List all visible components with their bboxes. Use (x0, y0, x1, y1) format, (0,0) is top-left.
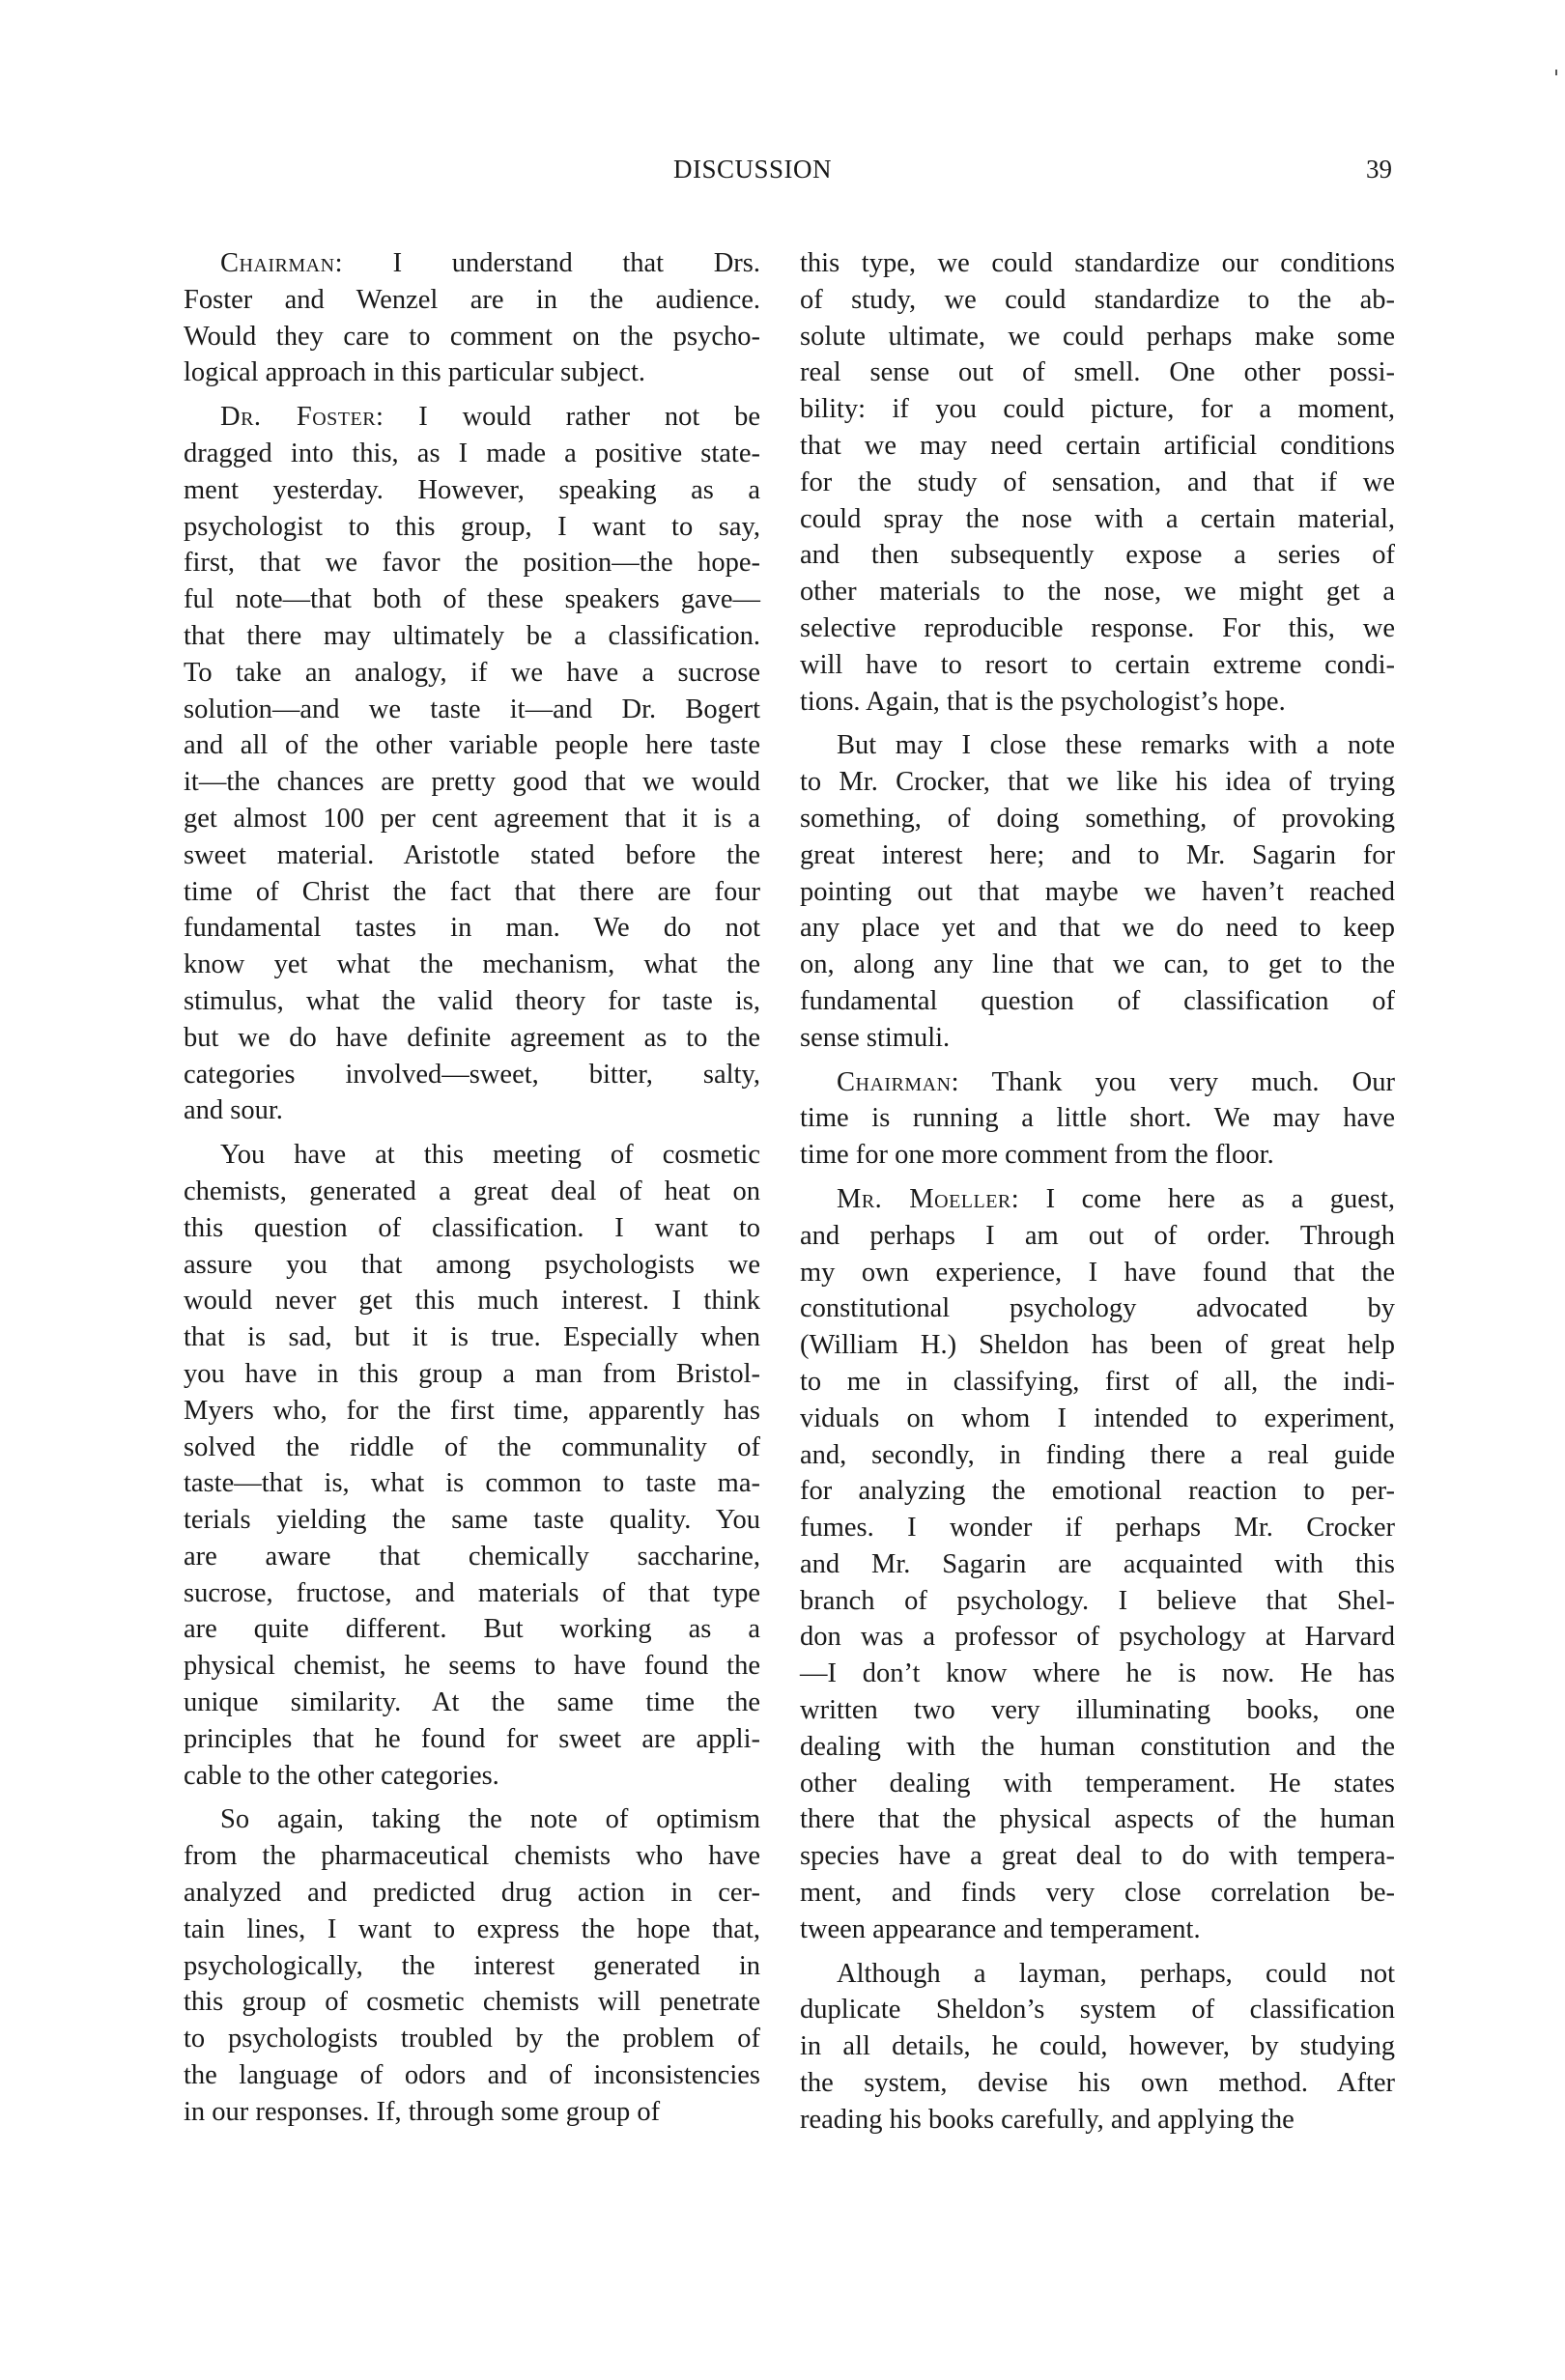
text-line: get almost 100 per cent agreement that i… (184, 801, 760, 837)
line-text: and then subsequently expose a series of (800, 540, 1395, 570)
text-line: physical chemist, he seems to have found… (184, 1648, 760, 1685)
paragraph: Although a layman, perhaps, could notdup… (800, 1956, 1395, 2139)
line-text: Although a layman, perhaps, could not (837, 1959, 1395, 1989)
line-text: and Mr. Sagarin are acquainted with this (800, 1549, 1395, 1579)
line-text: selective reproducible response. For thi… (800, 613, 1395, 643)
text-line: Chairman: I understand that Drs. (184, 245, 760, 282)
text-line: Although a layman, perhaps, could not (800, 1956, 1395, 1993)
text-line: to me in classifying, first of all, the … (800, 1364, 1395, 1401)
text-line: pointing out that maybe we haven’t reach… (800, 874, 1395, 911)
text-line: constitutional psychology advocated by (800, 1290, 1395, 1327)
line-text: time is running a little short. We may h… (800, 1103, 1395, 1133)
text-line: know yet what the mechanism, what the (184, 947, 760, 983)
text-line: great interest here; and to Mr. Sagarin … (800, 837, 1395, 874)
line-text: unique similarity. At the same time the (184, 1687, 760, 1717)
line-text: in all details, he could, however, by st… (800, 2031, 1395, 2061)
line-text: You have at this meeting of cosmetic (220, 1140, 760, 1170)
text-line: something, of doing something, of provok… (800, 801, 1395, 837)
text-line: ment yesterday. However, speaking as a (184, 472, 760, 509)
text-line: sweet material. Aristotle stated before … (184, 837, 760, 874)
line-text: will have to resort to certain extreme c… (800, 650, 1395, 680)
line-text: this type, we could standardize our cond… (800, 248, 1395, 278)
paragraph: So again, taking the note of optimismfro… (184, 1801, 760, 2130)
text-line: solution—and we taste it—and Dr. Bogert (184, 692, 760, 728)
line-text: assure you that among psychologists we (184, 1250, 760, 1280)
text-line: categories involved—sweet, bitter, salty… (184, 1057, 760, 1093)
line-text: and all of the other variable people her… (184, 730, 760, 760)
text-line: Foster and Wenzel are in the audience. (184, 282, 760, 319)
paragraph: this type, we could standardize our cond… (800, 245, 1395, 720)
text-line: in all details, he could, however, by st… (800, 2028, 1395, 2065)
text-line: bility: if you could picture, for a mome… (800, 391, 1395, 428)
line-text: bility: if you could picture, for a mome… (800, 394, 1395, 424)
text-line: real sense out of smell. One other possi… (800, 354, 1395, 391)
line-text: written two very illuminating books, one (800, 1695, 1395, 1725)
text-line: from the pharmaceutical chemists who hav… (184, 1838, 760, 1875)
line-text: of study, we could standardize to the ab… (800, 285, 1395, 315)
text-line: this type, we could standardize our cond… (800, 245, 1395, 282)
line-text: don was a professor of psychology at Har… (800, 1622, 1395, 1652)
text-line: of study, we could standardize to the ab… (800, 282, 1395, 319)
text-line: duplicate Sheldon’s system of classifica… (800, 1992, 1395, 2028)
line-text: time for one more comment from the floor… (800, 1140, 1274, 1170)
text-line: other materials to the nose, we might ge… (800, 574, 1395, 610)
text-line: branch of psychology. I believe that She… (800, 1583, 1395, 1620)
speaker-label: Chairman: (220, 248, 343, 278)
line-text: stimulus, what the valid theory for tast… (184, 986, 760, 1016)
text-line: tain lines, I want to express the hope t… (184, 1912, 760, 1948)
line-text: ment yesterday. However, speaking as a (184, 475, 760, 505)
paragraph: Dr. Foster: I would rather not bedragged… (184, 399, 760, 1129)
speaker-label: Dr. Foster: (220, 402, 384, 432)
line-text: chemists, generated a great deal of heat… (184, 1176, 760, 1206)
line-text: To take an analogy, if we have a sucrose (184, 658, 760, 688)
text-line: ment, and finds very close correlation b… (800, 1875, 1395, 1912)
text-line: Chairman: Thank you very much. Our (800, 1064, 1395, 1101)
text-line: But may I close these remarks with a not… (800, 727, 1395, 764)
line-text: reading his books carefully, and applyin… (800, 2105, 1295, 2135)
line-text: I understand that Drs. (343, 248, 760, 278)
line-text: terials yielding the same taste quality.… (184, 1505, 760, 1535)
text-line: analyzed and predicted drug action in ce… (184, 1875, 760, 1912)
line-text: something, of doing something, of provok… (800, 804, 1395, 834)
line-text: but we do have definite agreement as to … (184, 1023, 760, 1053)
line-text: other dealing with temperament. He state… (800, 1769, 1395, 1799)
text-line: sense stimuli. (800, 1020, 1395, 1057)
text-line: it—the chances are pretty good that we w… (184, 764, 760, 801)
line-text: branch of psychology. I believe that She… (800, 1586, 1395, 1616)
text-line: and all of the other variable people her… (184, 727, 760, 764)
line-text: —I don’t know where he is now. He has (800, 1658, 1395, 1688)
paragraph: You have at this meeting of cosmeticchem… (184, 1137, 760, 1794)
text-line: —I don’t know where he is now. He has (800, 1656, 1395, 1692)
line-text: fumes. I wonder if perhaps Mr. Crocker (800, 1513, 1395, 1543)
line-text: Thank you very much. Our (959, 1067, 1395, 1097)
text-line: fundamental tastes in man. We do not (184, 910, 760, 947)
line-text: for analyzing the emotional reaction to … (800, 1476, 1395, 1506)
running-head: DISCUSSION 39 (0, 155, 1565, 185)
text-line: and Mr. Sagarin are acquainted with this (800, 1546, 1395, 1583)
text-line: assure you that among psychologists we (184, 1247, 760, 1284)
speaker-label: Mr. Moeller: (837, 1184, 1019, 1214)
text-line: time is running a little short. We may h… (800, 1100, 1395, 1137)
text-line: this question of classification. I want … (184, 1210, 760, 1247)
line-text: this question of classification. I want … (184, 1213, 760, 1243)
line-text: in our responses. If, through some group… (184, 2097, 660, 2127)
line-text: there that the physical aspects of the h… (800, 1804, 1395, 1834)
line-text: analyzed and predicted drug action in ce… (184, 1878, 760, 1908)
line-text: that we may need certain artificial cond… (800, 431, 1395, 461)
line-text: and sour. (184, 1095, 283, 1125)
line-text: solved the riddle of the communality of (184, 1432, 760, 1462)
text-line: written two very illuminating books, one (800, 1692, 1395, 1729)
line-text: sweet material. Aristotle stated before … (184, 840, 760, 870)
line-text: fundamental tastes in man. We do not (184, 913, 760, 943)
line-text: I come here as a guest, (1019, 1184, 1395, 1214)
paragraph: Mr. Moeller: I come here as a guest,and … (800, 1181, 1395, 1948)
text-line: Dr. Foster: I would rather not be (184, 399, 760, 436)
right-column: this type, we could standardize our cond… (800, 245, 1395, 2146)
text-line: Mr. Moeller: I come here as a guest, (800, 1181, 1395, 1218)
line-text: solute ultimate, we could perhaps make s… (800, 322, 1395, 352)
text-line: my own experience, I have found that the (800, 1255, 1395, 1291)
text-line: and sour. (184, 1092, 760, 1129)
line-text: you have in this group a man from Bristo… (184, 1359, 760, 1389)
text-line: time of Christ the fact that there are f… (184, 874, 760, 911)
line-text: But may I close these remarks with a not… (837, 730, 1395, 760)
line-text: viduals on whom I intended to experiment… (800, 1403, 1395, 1433)
line-text: constitutional psychology advocated by (800, 1293, 1395, 1323)
text-line: other dealing with temperament. He state… (800, 1766, 1395, 1802)
text-line: time for one more comment from the floor… (800, 1137, 1395, 1174)
line-text: could spray the nose with a certain mate… (800, 504, 1395, 534)
text-line: reading his books carefully, and applyin… (800, 2102, 1395, 2139)
left-column: Chairman: I understand that Drs.Foster a… (184, 245, 760, 2139)
line-text: pointing out that maybe we haven’t reach… (800, 877, 1395, 907)
line-text: categories involved—sweet, bitter, salty… (184, 1060, 760, 1090)
scan-edge-mark (1555, 70, 1557, 75)
text-line: solute ultimate, we could perhaps make s… (800, 319, 1395, 355)
line-text: Would they care to comment on the psycho… (184, 322, 760, 352)
text-line: first, that we favor the position—the ho… (184, 545, 760, 581)
text-line: there that the physical aspects of the h… (800, 1801, 1395, 1838)
line-text: Myers who, for the first time, apparentl… (184, 1396, 760, 1426)
line-text: physical chemist, he seems to have found… (184, 1651, 760, 1681)
line-text: and perhaps I am out of order. Through (800, 1221, 1395, 1251)
text-line: on, along any line that we can, to get t… (800, 947, 1395, 983)
text-line: selective reproducible response. For thi… (800, 610, 1395, 647)
line-text: and, secondly, in finding there a real g… (800, 1440, 1395, 1470)
line-text: get almost 100 per cent agreement that i… (184, 804, 760, 834)
text-line: tions. Again, that is the psychologist’s… (800, 684, 1395, 721)
line-text: to me in classifying, first of all, the … (800, 1367, 1395, 1397)
text-line: don was a professor of psychology at Har… (800, 1619, 1395, 1656)
line-text: are quite different. But working as a (184, 1614, 760, 1644)
line-text: are aware that chemically saccharine, (184, 1542, 760, 1572)
line-text: principles that he found for sweet are a… (184, 1724, 760, 1754)
line-text: from the pharmaceutical chemists who hav… (184, 1841, 760, 1871)
line-text: ment, and finds very close correlation b… (800, 1878, 1395, 1908)
text-line: would never get this much interest. I th… (184, 1283, 760, 1319)
text-line: sucrose, fructose, and materials of that… (184, 1575, 760, 1612)
line-text: duplicate Sheldon’s system of classifica… (800, 1995, 1395, 2025)
text-line: this group of cosmetic chemists will pen… (184, 1984, 760, 2021)
text-line: terials yielding the same taste quality.… (184, 1502, 760, 1539)
text-line: that there may ultimately be a classific… (184, 618, 760, 655)
line-text: dragged into this, as I made a positive … (184, 439, 760, 468)
line-text: So again, taking the note of optimism (220, 1804, 760, 1834)
text-line: unique similarity. At the same time the (184, 1685, 760, 1721)
paragraph: Chairman: Thank you very much. Ourtime i… (800, 1064, 1395, 1174)
text-line: any place yet and that we do need to kee… (800, 910, 1395, 947)
line-text: psychologist to this group, I want to sa… (184, 512, 760, 542)
line-text: to psychologists troubled by the problem… (184, 2024, 760, 2054)
text-line: to psychologists troubled by the problem… (184, 2021, 760, 2057)
text-line: for analyzing the emotional reaction to … (800, 1473, 1395, 1510)
text-line: cable to the other categories. (184, 1758, 760, 1795)
line-text: tions. Again, that is the psychologist’s… (800, 687, 1286, 717)
line-text: for the study of sensation, and that if … (800, 467, 1395, 497)
text-line: psychologist to this group, I want to sa… (184, 509, 760, 546)
text-line: Myers who, for the first time, apparentl… (184, 1393, 760, 1430)
line-text: to Mr. Crocker, that we like his idea of… (800, 767, 1395, 797)
text-line: you have in this group a man from Bristo… (184, 1356, 760, 1393)
text-line: and perhaps I am out of order. Through (800, 1218, 1395, 1255)
text-line: and, secondly, in finding there a real g… (800, 1437, 1395, 1474)
text-line: psychologically, the interest generated … (184, 1948, 760, 1985)
paragraph: But may I close these remarks with a not… (800, 727, 1395, 1056)
line-text: tain lines, I want to express the hope t… (184, 1914, 760, 1944)
text-line: the language of odors and of inconsisten… (184, 2057, 760, 2094)
line-text: my own experience, I have found that the (800, 1258, 1395, 1288)
line-text: Foster and Wenzel are in the audience. (184, 285, 760, 315)
text-line: fundamental question of classification o… (800, 983, 1395, 1020)
text-line: but we do have definite agreement as to … (184, 1020, 760, 1057)
text-line: to Mr. Crocker, that we like his idea of… (800, 764, 1395, 801)
line-text: that there may ultimately be a classific… (184, 621, 760, 651)
text-line: tween appearance and temperament. (800, 1912, 1395, 1948)
line-text: great interest here; and to Mr. Sagarin … (800, 840, 1395, 870)
text-line: solved the riddle of the communality of (184, 1430, 760, 1466)
line-text: this group of cosmetic chemists will pen… (184, 1987, 760, 2017)
text-line: could spray the nose with a certain mate… (800, 501, 1395, 538)
line-text: would never get this much interest. I th… (184, 1286, 760, 1316)
line-text: dealing with the human constitution and … (800, 1732, 1395, 1762)
text-line: To take an analogy, if we have a sucrose (184, 655, 760, 692)
line-text: first, that we favor the position—the ho… (184, 548, 760, 578)
line-text: sense stimuli. (800, 1023, 950, 1053)
line-text: taste—that is, what is common to taste m… (184, 1468, 760, 1498)
text-line: chemists, generated a great deal of heat… (184, 1174, 760, 1210)
running-title: DISCUSSION (673, 155, 832, 184)
line-text: it—the chances are pretty good that we w… (184, 767, 760, 797)
text-line: (William H.) Sheldon has been of great h… (800, 1327, 1395, 1364)
line-text: ful note—that both of these speakers gav… (184, 584, 760, 614)
speaker-label: Chairman: (837, 1067, 959, 1097)
line-text: know yet what the mechanism, what the (184, 949, 760, 979)
line-text: fundamental question of classification o… (800, 986, 1395, 1016)
text-line: will have to resort to certain extreme c… (800, 647, 1395, 684)
line-text: on, along any line that we can, to get t… (800, 949, 1395, 979)
text-line: are aware that chemically saccharine, (184, 1539, 760, 1575)
text-line: are quite different. But working as a (184, 1611, 760, 1648)
line-text: solution—and we taste it—and Dr. Bogert (184, 694, 760, 724)
line-text: cable to the other categories. (184, 1761, 499, 1791)
text-line: dragged into this, as I made a positive … (184, 436, 760, 472)
line-text: tween appearance and temperament. (800, 1914, 1201, 1944)
text-line: Would they care to comment on the psycho… (184, 319, 760, 355)
text-line: for the study of sensation, and that if … (800, 465, 1395, 501)
paragraph: Chairman: I understand that Drs.Foster a… (184, 245, 760, 391)
text-line: logical approach in this particular subj… (184, 354, 760, 391)
text-line: You have at this meeting of cosmetic (184, 1137, 760, 1174)
line-text: psychologically, the interest generated … (184, 1951, 760, 1981)
page-number: 39 (1366, 155, 1392, 184)
text-line: species have a great deal to do with tem… (800, 1838, 1395, 1875)
line-text: time of Christ the fact that there are f… (184, 877, 760, 907)
text-line: in our responses. If, through some group… (184, 2094, 760, 2131)
text-line: So again, taking the note of optimism (184, 1801, 760, 1838)
line-text: real sense out of smell. One other possi… (800, 357, 1395, 387)
text-line: that we may need certain artificial cond… (800, 428, 1395, 465)
line-text: other materials to the nose, we might ge… (800, 577, 1395, 607)
text-line: fumes. I wonder if perhaps Mr. Crocker (800, 1510, 1395, 1546)
line-text: the system, devise his own method. After (800, 2068, 1395, 2098)
line-text: (William H.) Sheldon has been of great h… (800, 1330, 1395, 1360)
line-text: any place yet and that we do need to kee… (800, 913, 1395, 943)
text-line: and then subsequently expose a series of (800, 537, 1395, 574)
line-text: logical approach in this particular subj… (184, 357, 645, 387)
text-line: viduals on whom I intended to experiment… (800, 1401, 1395, 1437)
text-line: principles that he found for sweet are a… (184, 1721, 760, 1758)
text-line: the system, devise his own method. After (800, 2065, 1395, 2102)
line-text: the language of odors and of inconsisten… (184, 2060, 760, 2090)
text-line: stimulus, what the valid theory for tast… (184, 983, 760, 1020)
text-line: taste—that is, what is common to taste m… (184, 1465, 760, 1502)
text-line: dealing with the human constitution and … (800, 1729, 1395, 1766)
line-text: that is sad, but it is true. Especially … (184, 1322, 760, 1352)
line-text: I would rather not be (384, 402, 760, 432)
line-text: species have a great deal to do with tem… (800, 1841, 1395, 1871)
text-line: that is sad, but it is true. Especially … (184, 1319, 760, 1356)
text-line: ful note—that both of these speakers gav… (184, 581, 760, 618)
line-text: sucrose, fructose, and materials of that… (184, 1578, 760, 1608)
